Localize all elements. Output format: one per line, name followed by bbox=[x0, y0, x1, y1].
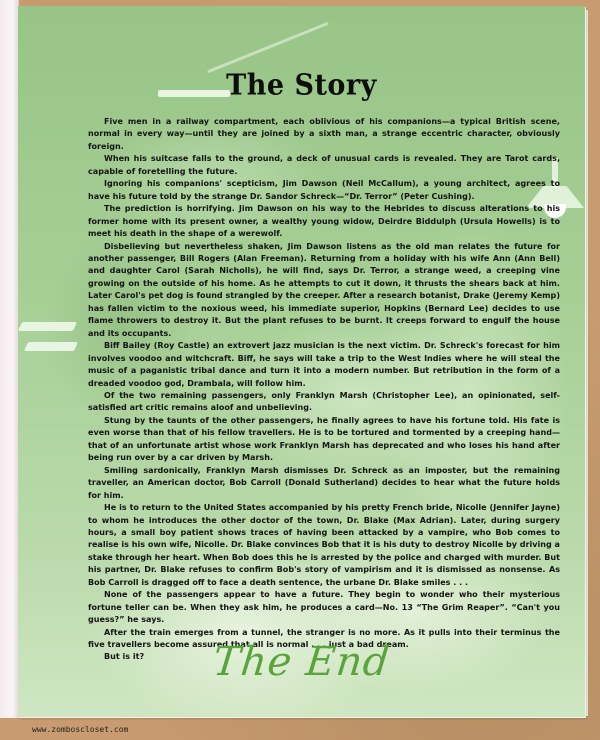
left-page-edge bbox=[0, 0, 19, 718]
light-streak bbox=[24, 342, 78, 351]
paragraph: Ignoring his companions' scepticism, Jim… bbox=[88, 178, 560, 203]
story-page: The Story Five men in a railway compartm… bbox=[18, 6, 585, 717]
paragraph: He is to return to the United States acc… bbox=[88, 502, 560, 589]
page-edge bbox=[585, 10, 588, 716]
paragraph: Disbelieving but nevertheless shaken, Ji… bbox=[88, 241, 560, 341]
paragraph: Of the two remaining passengers, only Fr… bbox=[88, 390, 560, 415]
paragraph: Five men in a railway compartment, each … bbox=[88, 116, 560, 153]
the-end-heading: The End bbox=[18, 639, 585, 685]
page-title: The Story bbox=[18, 69, 585, 102]
light-streak bbox=[18, 322, 77, 331]
story-text: Five men in a railway compartment, each … bbox=[88, 116, 560, 664]
watermark: www.zomboscloset.com bbox=[32, 725, 128, 734]
paragraph: None of the passengers appear to have a … bbox=[88, 589, 560, 626]
paragraph: When his suitcase falls to the ground, a… bbox=[88, 153, 560, 178]
paragraph: The prediction is horrifying. Jim Dawson… bbox=[88, 203, 560, 240]
paragraph: Biff Bailey (Roy Castle) an extrovert ja… bbox=[88, 340, 560, 390]
paragraph: Smiling sardonically, Franklyn Marsh dis… bbox=[88, 465, 560, 502]
paragraph: Stung by the taunts of the other passeng… bbox=[88, 415, 560, 465]
